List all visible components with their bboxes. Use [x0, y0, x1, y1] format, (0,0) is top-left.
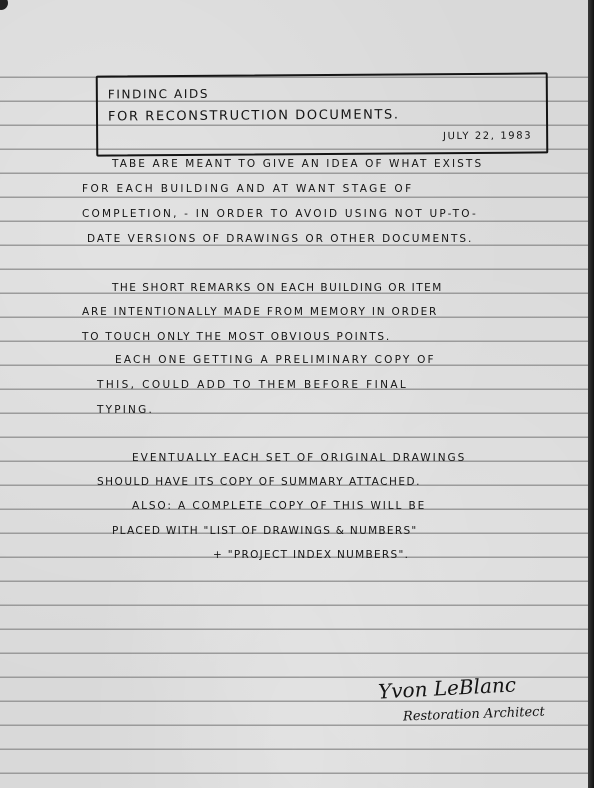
text-line: typing. — [97, 404, 154, 416]
text-line: should have its copy of summary attached… — [97, 476, 421, 488]
text-line: Tabe are meant to give an idea of what e… — [112, 158, 483, 170]
title-line-1: Findinc Aids — [108, 87, 209, 102]
title-box: Findinc Aids for Reconstruction Document… — [96, 72, 549, 156]
text-line: + "Project Index Numbers". — [213, 549, 409, 561]
date: July 22, 1983 — [443, 131, 532, 143]
text-line: date versions of drawings or other docum… — [87, 233, 473, 245]
text-line: The short remarks on each building or it… — [112, 282, 443, 294]
text-line: this, could add to them before final — [97, 379, 408, 391]
text-line: for each building and at want stage of — [82, 183, 414, 195]
text-line: Also: a complete copy of this will be — [132, 500, 426, 512]
scan-edge — [588, 0, 594, 788]
text-line: are intentionally made from memory in or… — [82, 306, 438, 318]
text-line: to touch only the most obvious points. — [82, 331, 391, 343]
text-line: completion, - in order to avoid using no… — [82, 208, 478, 220]
title-line-2: for Reconstruction Documents. — [108, 107, 400, 124]
text-line: placed with "List of Drawings & Numbers" — [112, 525, 418, 537]
text-line: Each one getting a preliminary copy of — [115, 354, 436, 366]
text-line: Eventually each set of original drawings — [132, 452, 466, 464]
